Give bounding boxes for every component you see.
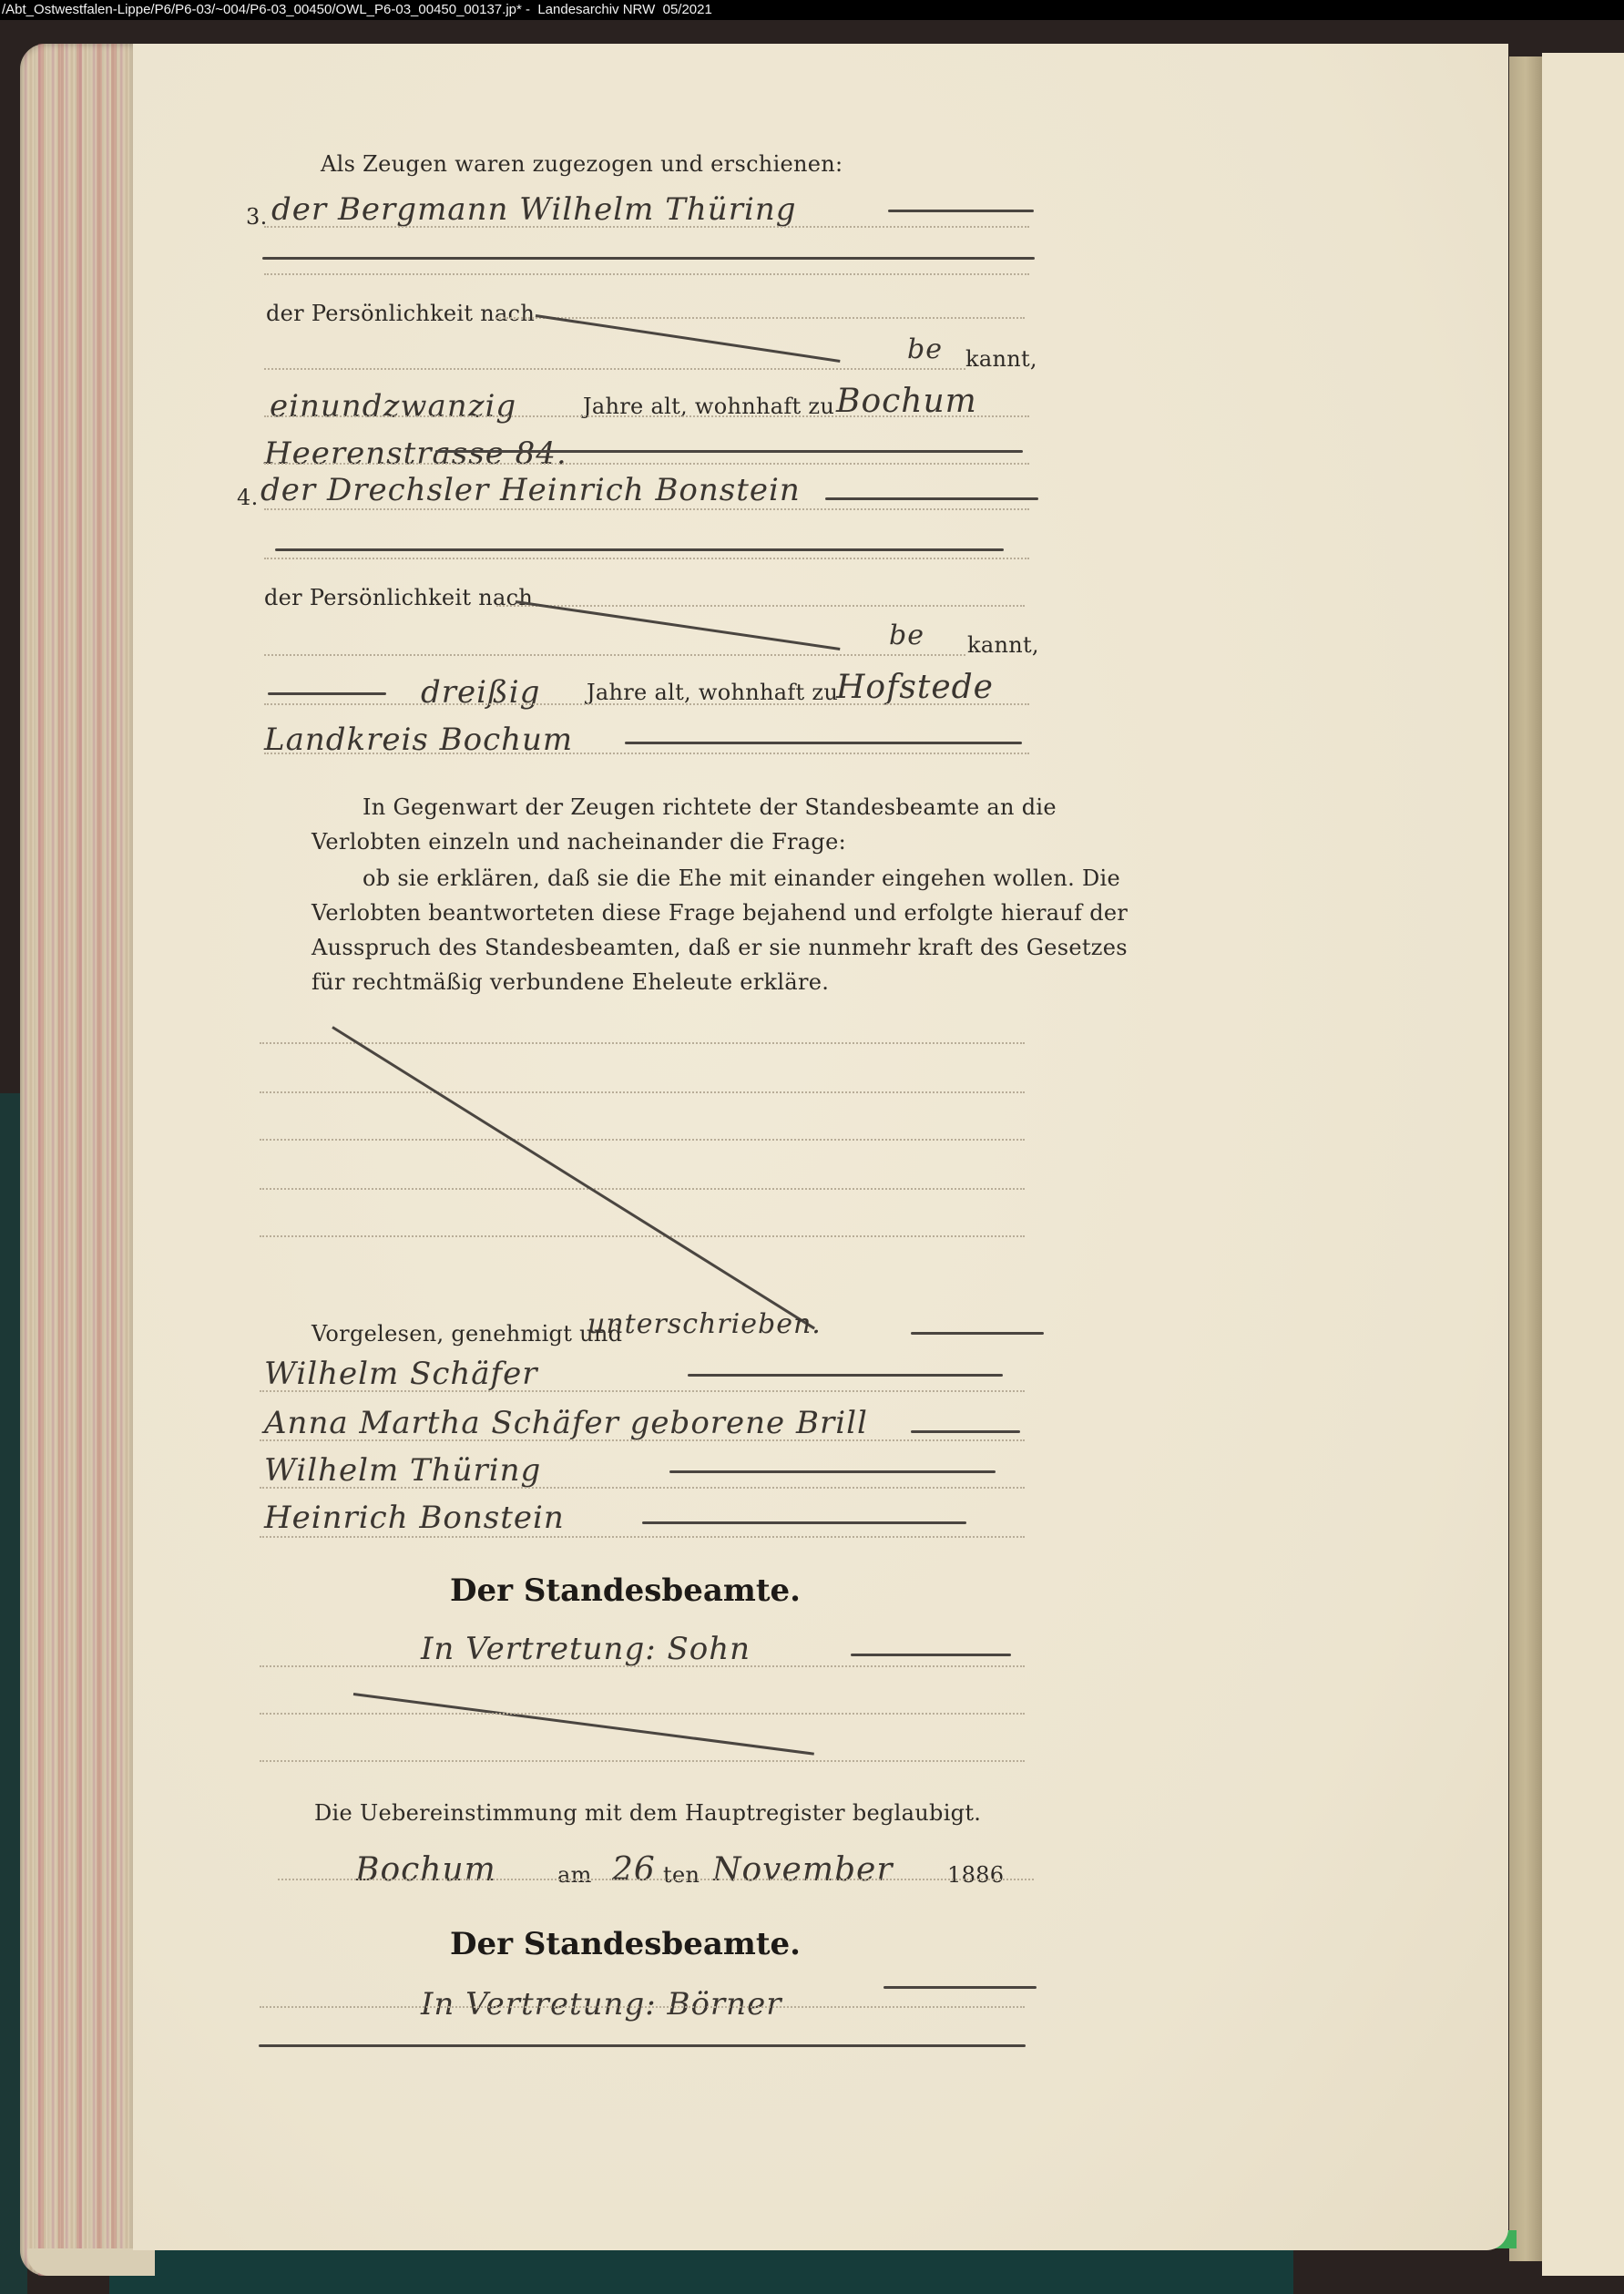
fill-rule (911, 1430, 1020, 1433)
book-cover-bottom (109, 2250, 1293, 2294)
ceremony-line-4: Verlobten beantworteten diese Frage beja… (312, 900, 1128, 926)
fill-rule (669, 1470, 996, 1473)
witness4-age-label: Jahre alt, wohnhaft zu (587, 680, 838, 705)
dotted-line (496, 317, 1025, 319)
fill-rule (883, 1986, 1037, 1989)
dotted-line (260, 1390, 1025, 1392)
cert-am: am (557, 1862, 592, 1888)
dotted-line (260, 1439, 1025, 1441)
dotted-line (260, 1665, 1025, 1667)
dotted-line (260, 1139, 1025, 1141)
fill-rule (825, 497, 1038, 500)
signature-1: Wilhelm Schäfer (264, 1356, 538, 1392)
witness4-number: 4. (237, 485, 259, 510)
witness4-known-prefix: be (889, 620, 924, 651)
dotted-line (264, 703, 1029, 705)
dotted-line (260, 1235, 1025, 1237)
dotted-line (260, 2006, 1025, 2008)
register-page (133, 44, 1508, 2250)
fill-rule (688, 1374, 1003, 1377)
book-gutter (1509, 56, 1542, 2261)
ceremony-line-3: ob sie erklären, daß sie die Ehe mit ein… (363, 865, 1120, 891)
fill-rule (435, 450, 1023, 453)
witness4-identity-label: der Persönlichkeit nach (264, 585, 533, 610)
cert-year: 1886 (947, 1862, 1004, 1888)
dotted-line (260, 1091, 1025, 1093)
dotted-line (264, 558, 1029, 559)
ceremony-line-1: In Gegenwart der Zeugen richtete der Sta… (363, 794, 1057, 820)
fill-rule (642, 1521, 966, 1524)
fill-rule (851, 1654, 1011, 1656)
window-title: /Abt_Ostwestfalen-Lippe/P6/P6-03/~004/P6… (0, 0, 1624, 20)
cert-ten: ten (663, 1862, 700, 1888)
read-approved-written: unterschrieben. (587, 1308, 822, 1340)
witness3-address: Heerenstrasse 84. (264, 435, 567, 472)
witness3-identity-label: der Persönlichkeit nach (266, 301, 535, 326)
dotted-line (264, 226, 1029, 228)
witness3-residence: Bochum (836, 383, 977, 420)
fill-rule (268, 692, 386, 695)
cert-place: Bochum (355, 1851, 496, 1889)
signature-3: Wilhelm Thüring (264, 1452, 541, 1489)
registrar-heading-2: Der Standesbeamte. (450, 1926, 801, 1962)
witness3-age: einundzwanzig (270, 388, 516, 425)
witness3-known-suffix: kannt, (965, 346, 1037, 372)
dotted-line (260, 1188, 1025, 1190)
witness4-age: dreißig (421, 674, 540, 711)
fill-rule (262, 257, 1035, 260)
dotted-line (260, 1536, 1025, 1538)
ceremony-line-2: Verlobten einzeln und nacheinander die F… (312, 829, 846, 855)
witness4-residence: Hofstede (836, 669, 994, 706)
dotted-line (264, 753, 1029, 754)
fill-rule (625, 742, 1022, 744)
ceremony-line-6: für rechtmäßig verbundene Eheleute erklä… (312, 969, 829, 995)
witness4-known-suffix: kannt, (967, 632, 1039, 658)
fill-rule (888, 210, 1034, 212)
registrar-signature: In Vertretung: Sohn (421, 1631, 751, 1667)
fill-rule (275, 548, 1004, 551)
witness4-name: der Drechsler Heinrich Bonstein (260, 472, 801, 508)
dotted-line (264, 273, 1029, 275)
dotted-line (264, 508, 1029, 510)
witness3-known-prefix: be (907, 333, 943, 365)
dotted-line (496, 605, 1025, 607)
registrar-heading: Der Standesbeamte. (450, 1572, 801, 1609)
dotted-line (260, 1760, 1025, 1762)
witness3-name: der Bergmann Wilhelm Thüring (271, 191, 796, 228)
dotted-line (260, 1713, 1025, 1715)
registrar-signature-2: In Vertretung: Börner (421, 1986, 781, 2023)
closing-rule (259, 2044, 1026, 2047)
dotted-line (278, 1879, 1034, 1880)
certification-text: Die Uebereinstimmung mit dem Hauptregist… (314, 1800, 981, 1826)
facing-page (1542, 53, 1624, 2276)
dotted-line (260, 1487, 1025, 1489)
dotted-line (260, 1042, 1025, 1044)
page-stack-bottom (27, 2248, 155, 2276)
fill-rule (911, 1332, 1044, 1335)
cert-day: 26 (612, 1851, 656, 1889)
dotted-line (264, 463, 1029, 465)
read-approved-label: Vorgelesen, genehmigt und (312, 1321, 622, 1347)
dotted-line (264, 368, 965, 370)
dotted-line (264, 415, 1029, 417)
page-stack-edges (20, 44, 135, 2276)
ceremony-line-5: Ausspruch des Standesbeamten, daß er sie… (312, 935, 1128, 960)
signature-4: Heinrich Bonstein (264, 1500, 565, 1536)
dotted-line (264, 654, 965, 656)
cert-month: November (712, 1851, 894, 1889)
signature-2: Anna Martha Schäfer geborene Brill (264, 1405, 868, 1441)
witness-intro: Als Zeugen waren zugezogen und erschiene… (321, 151, 843, 177)
